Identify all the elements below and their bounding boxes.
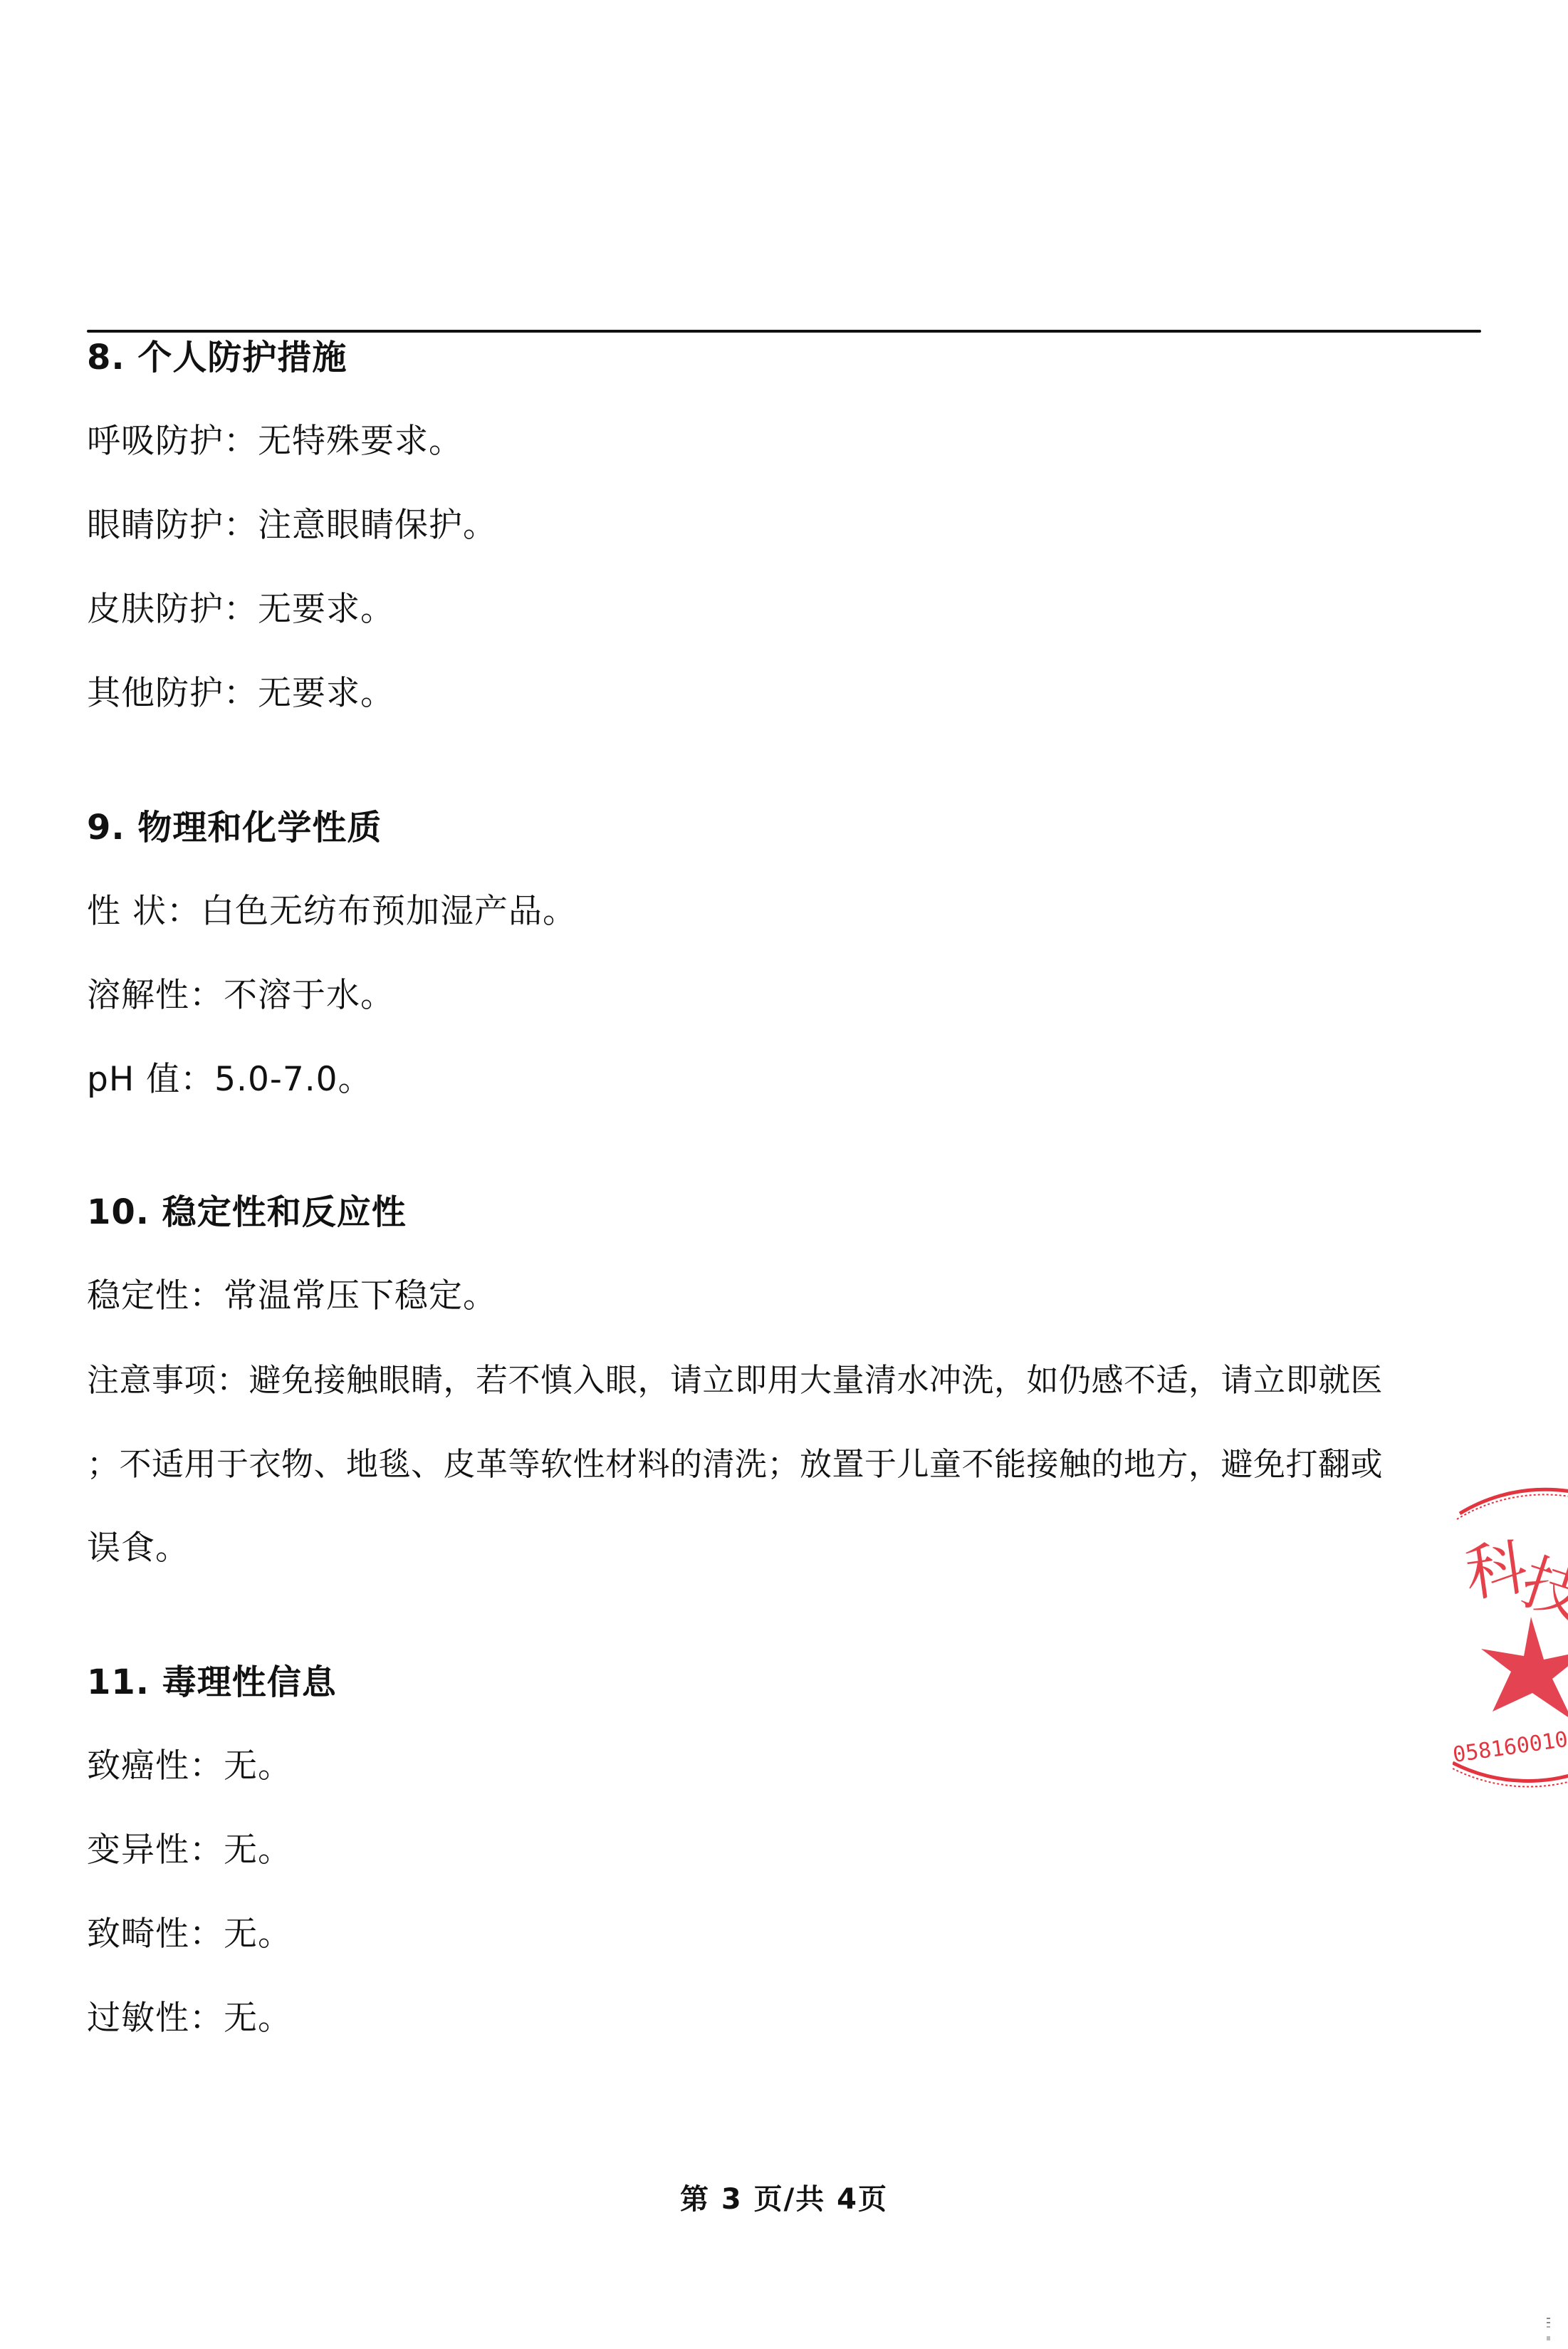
section-9-heading: 9. 物理和化学性质 bbox=[87, 806, 382, 849]
respiratory-protection-line: 呼吸防护：无特殊要求。 bbox=[87, 420, 463, 463]
page-indicator: 第 3 页/共 4页 bbox=[0, 2182, 1568, 2217]
section-11-heading: 11. 毒理性信息 bbox=[87, 1661, 337, 1704]
scan-edge-marks-icon bbox=[1545, 2315, 1552, 2343]
company-seal-stamp-icon: 科 技 0581600101 bbox=[1453, 1485, 1568, 1813]
stability-line: 稳定性：常温常压下稳定。 bbox=[87, 1275, 497, 1318]
ph-value-line: pH 值：5.0-7.0。 bbox=[87, 1058, 372, 1101]
section-10-heading: 10. 稳定性和反应性 bbox=[87, 1191, 407, 1234]
precautions-line-2: ；不适用于衣物、地毯、皮革等软性材料的清洗；放置于儿童不能接触的地方，避免打翻或 bbox=[87, 1443, 1481, 1486]
eye-protection-line: 眼睛防护：注意眼睛保护。 bbox=[87, 504, 497, 547]
precautions-line-3: 误食。 bbox=[87, 1527, 189, 1570]
carcinogenicity-line: 致癌性：无。 bbox=[87, 1745, 292, 1788]
mutagenicity-line: 变异性：无。 bbox=[87, 1829, 292, 1872]
svg-text:0581600101: 0581600101 bbox=[1453, 1725, 1568, 1768]
header-rule-divider bbox=[87, 330, 1481, 333]
allergenicity-line: 过敏性：无。 bbox=[87, 1997, 292, 2040]
section-8-heading: 8. 个人防护措施 bbox=[87, 336, 347, 379]
skin-protection-line: 皮肤防护：无要求。 bbox=[87, 588, 394, 631]
document-page: 8. 个人防护措施 呼吸防护：无特殊要求。 眼睛防护：注意眼睛保护。 皮肤防护：… bbox=[0, 0, 1568, 2349]
appearance-line: 性 状：白色无纺布预加湿产品。 bbox=[87, 890, 577, 933]
svg-text:技: 技 bbox=[1513, 1546, 1568, 1633]
precautions-line-1: 注意事项：避免接触眼睛，若不慎入眼，请立即用大量清水冲洗，如仍感不适，请立即就医 bbox=[87, 1359, 1481, 1402]
solubility-line: 溶解性：不溶于水。 bbox=[87, 974, 394, 1017]
other-protection-line: 其他防护：无要求。 bbox=[87, 672, 394, 715]
teratogenicity-line: 致畸性：无。 bbox=[87, 1913, 292, 1956]
stamp-text: 科 bbox=[1461, 1531, 1532, 1610]
